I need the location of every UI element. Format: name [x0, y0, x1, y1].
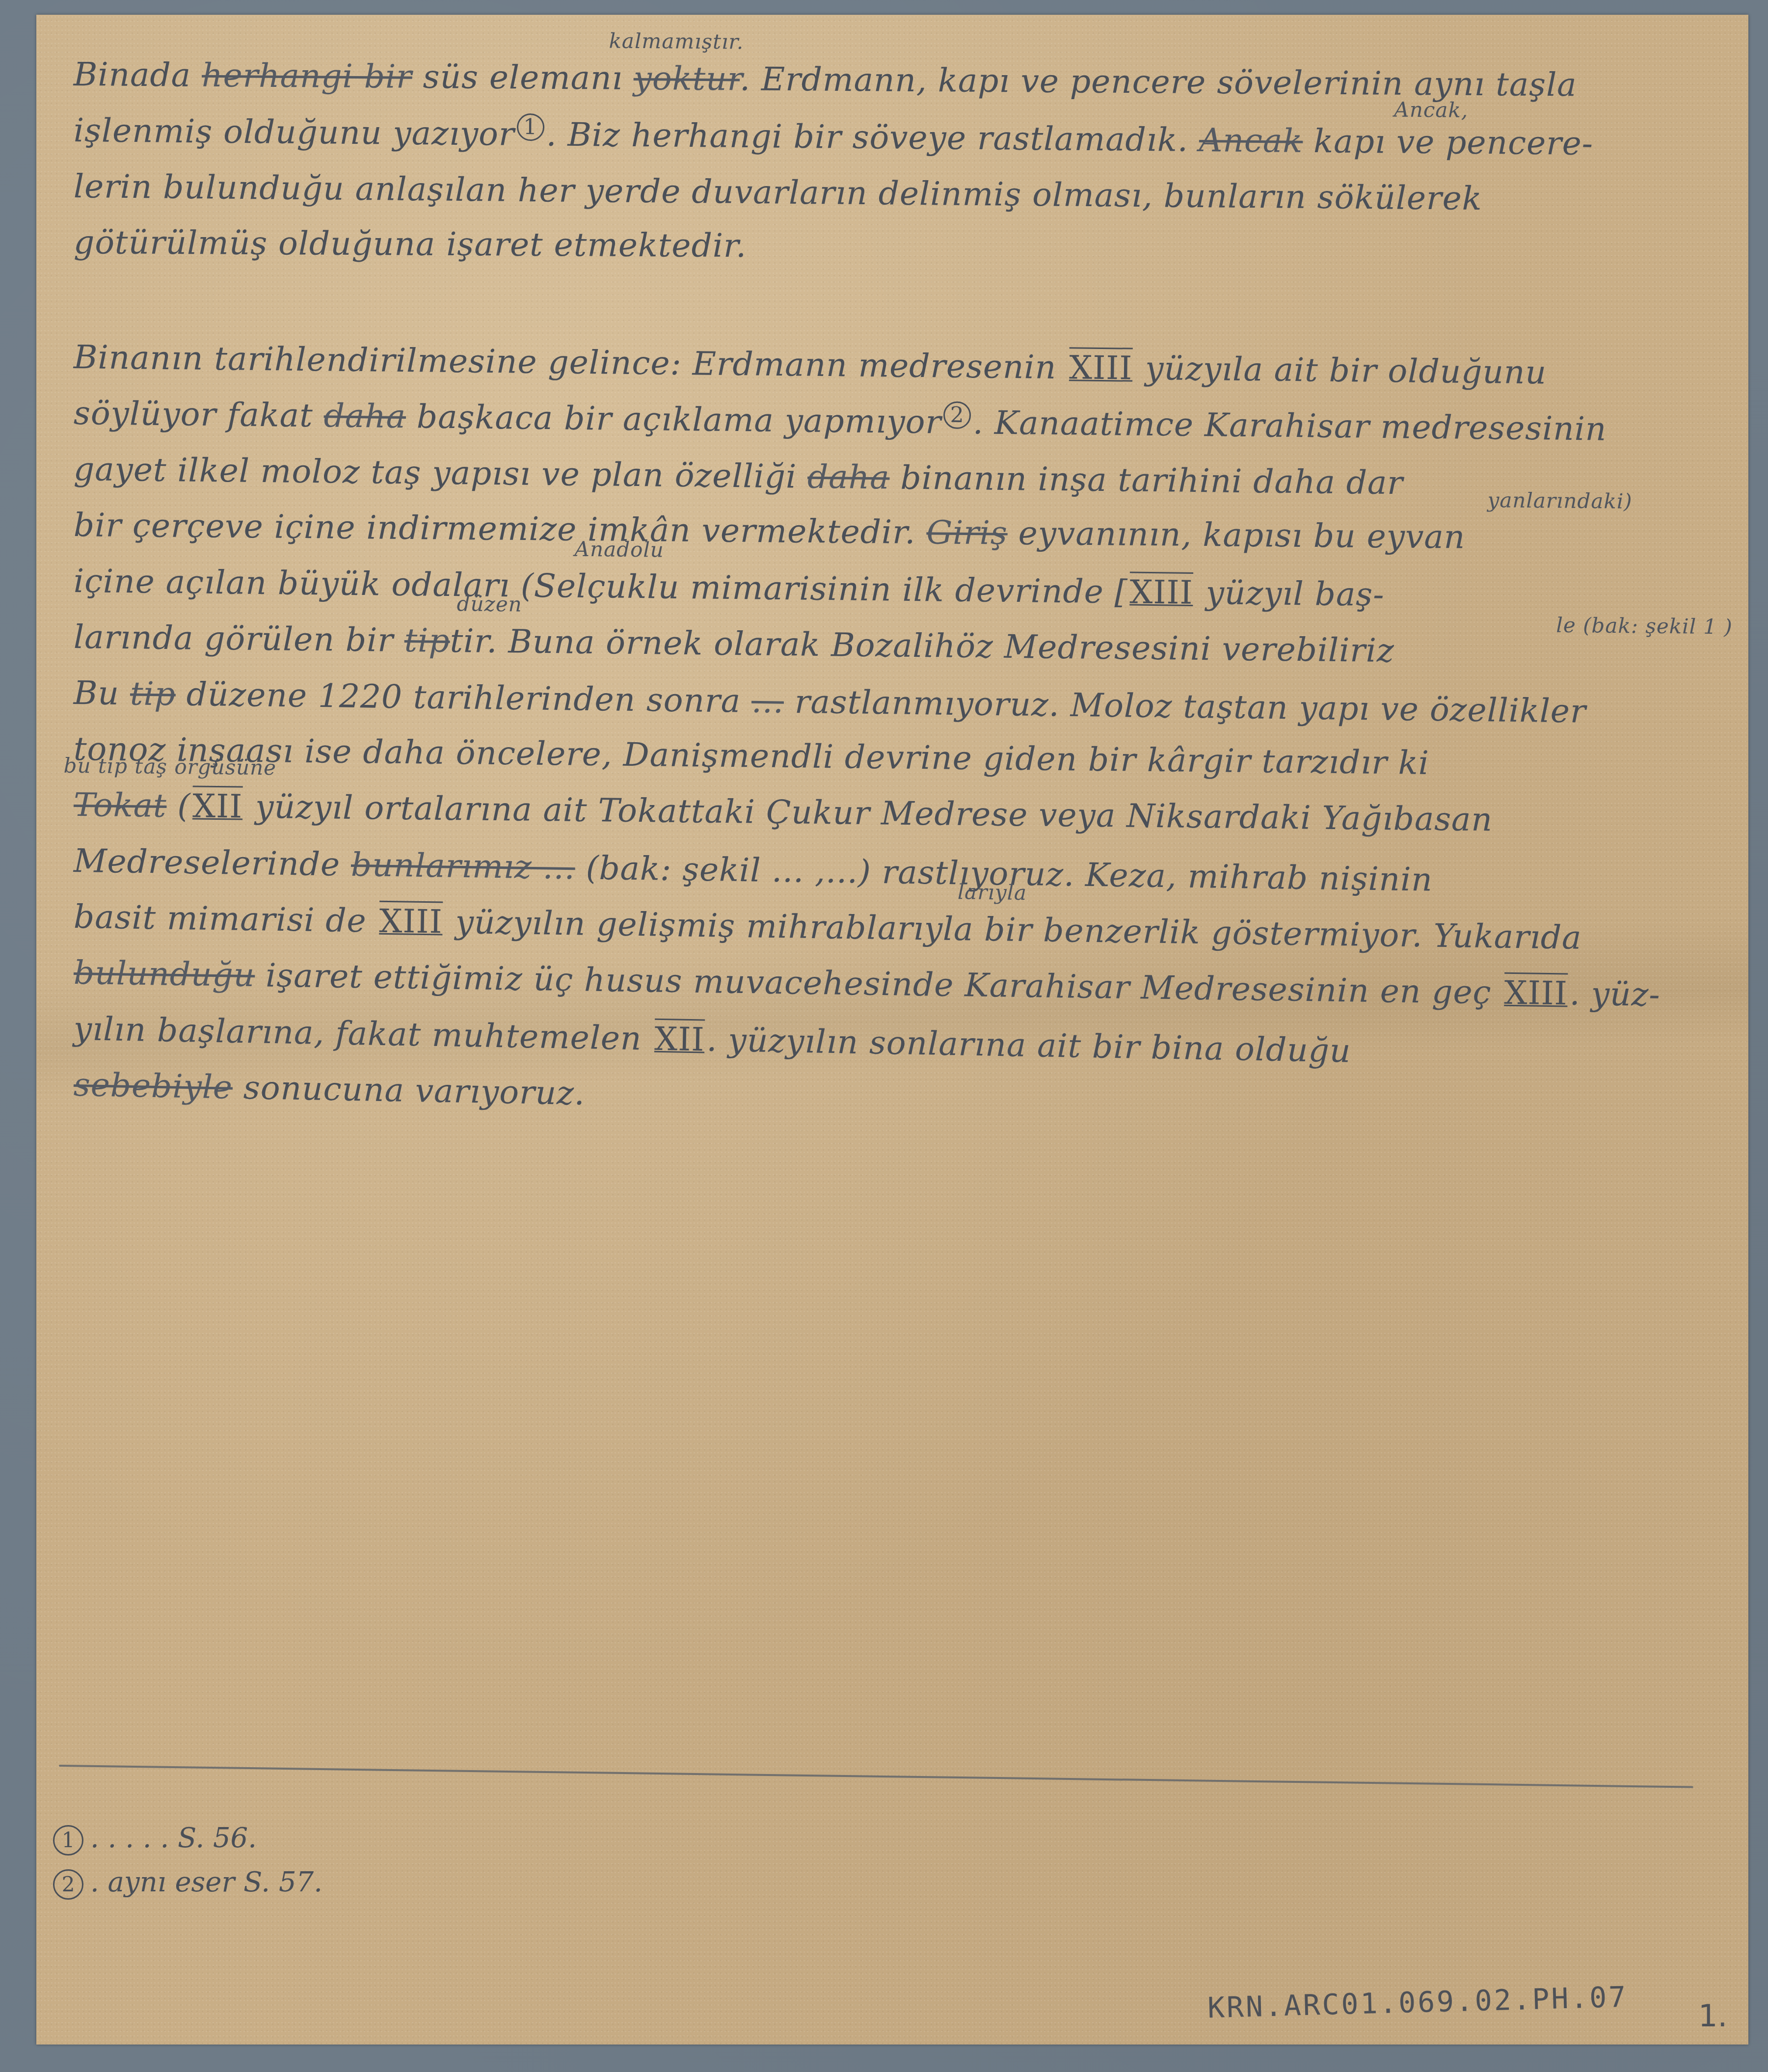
text-segment: götürülmüş olduğuna işaret etmektedir.	[74, 223, 747, 265]
interlinear-insertion: Ancak,	[1394, 99, 1468, 120]
roman-numeral-century: XIII	[1067, 349, 1135, 387]
interlinear-insertion: Anadolu	[575, 539, 665, 561]
text-segment: yüzyıla ait bir olduğunu	[1134, 350, 1547, 392]
text-segment: yüzyıl baş-	[1195, 574, 1385, 614]
text-segment: tir. Buna örnek olarak Bozalihöz Medrese…	[450, 622, 1394, 670]
struck-text: bunlarımız ...	[350, 846, 575, 887]
text-segment: lerin bulunduğu anlaşılan her yerde duva…	[74, 167, 1482, 217]
text-segment: eyvanının, kapısı bu eyvan	[1007, 514, 1465, 556]
interlinear-insertion: yanlarındaki)	[1487, 490, 1632, 512]
roman-numeral-century: XII	[652, 1020, 707, 1059]
footnotes: 1. . . . . S. 56. 2. aynı eser S. 57.	[53, 1816, 322, 1905]
text-segment: larında görülen bir	[74, 618, 405, 659]
interlinear-insertion: bu tip taş örgüsüne	[63, 755, 276, 779]
text-segment: bir çerçeve içine indirmemize imkân verm…	[74, 506, 927, 551]
text-segment: kapı ve pencere-	[1303, 122, 1593, 162]
manuscript-body: Binada herhangi bir süs elemanı yoktur. …	[74, 47, 1669, 1113]
text-segment: işlenmiş olduğunu yazıyor	[74, 111, 515, 153]
text-segment: süs elemanı	[412, 58, 633, 97]
manuscript-line-4: götürülmüş olduğuna işaret etmektedir.	[74, 215, 1669, 279]
text-segment: söylüyor fakat	[74, 394, 324, 434]
interlinear-insertion: kalmamıştır.	[609, 31, 744, 53]
text-segment: Binada	[74, 55, 202, 94]
roman-numeral-century: XIII	[1127, 573, 1195, 611]
footnote-text: . . . . . S. 56.	[90, 1822, 257, 1854]
text-segment: düzene 1220 tarihlerinden sonra	[175, 675, 751, 720]
footnote-text: . aynı eser S. 57.	[90, 1866, 322, 1898]
struck-text: yoktur	[633, 59, 740, 98]
text-segment: (	[166, 787, 191, 825]
struck-text: Tokat	[74, 786, 167, 825]
footnote-2: 2. aynı eser S. 57.	[53, 1860, 322, 1905]
roman-numeral-century: XII	[190, 787, 245, 825]
struck-text: daha	[807, 458, 890, 497]
interlinear-insertion: larıyla	[958, 882, 1027, 903]
text-segment: tonoz inşaası ise daha öncelere, Danişme…	[74, 730, 1430, 782]
footnote-number: 1	[53, 1825, 83, 1856]
struck-text: daha	[323, 397, 406, 435]
struck-text: herhangi bir	[202, 56, 412, 96]
text-segment: . Kanaatimce Karahisar medresesinin	[973, 404, 1607, 448]
text-segment: işaret ettiğimiz üç husus muvacehesinde …	[255, 956, 1502, 1011]
roman-numeral-century: XIII	[1502, 974, 1570, 1013]
text-segment: . yüz-	[1569, 975, 1661, 1014]
text-segment: binanın inşa tarihini daha dar	[889, 458, 1403, 502]
struck-text: tip	[130, 674, 176, 713]
footnote-marker: 1	[516, 113, 544, 141]
text-segment: içine açılan büyük odaları (Selçuklu mim…	[74, 562, 1128, 611]
text-segment: Binanın tarihlendirilmesine gelince: Erd…	[74, 338, 1068, 386]
text-segment: yüzyıl ortalarına ait Tokattaki Çukur Me…	[244, 788, 1493, 839]
struck-text: sebebiyle	[73, 1066, 233, 1106]
footnote-marker: 2	[943, 402, 971, 430]
text-segment: . yüzyılın sonlarına ait bir bina olduğu	[706, 1021, 1351, 1070]
footnote-1: 1. . . . . S. 56.	[53, 1816, 322, 1860]
struck-text: bulunduğu	[73, 954, 255, 994]
text-segment: başkaca bir açıklama yapmıyor	[406, 398, 942, 441]
text-segment: sonucuna varıyoruz.	[232, 1069, 585, 1113]
text-segment: yılın başlarına, fakat muhtemelen	[73, 1010, 653, 1058]
text-segment: basit mimarisi de	[73, 898, 377, 940]
margin-annotation: le (bak: şekil 1 )	[1556, 615, 1733, 638]
text-segment: . Biz herhangi bir söveye rastlamadık.	[546, 115, 1199, 159]
paragraph-break	[74, 270, 1669, 329]
struck-text: tip	[404, 621, 450, 660]
struck-text: Giriş	[926, 513, 1008, 552]
struck-text: Ancak	[1199, 121, 1303, 160]
footnote-number: 2	[53, 1869, 83, 1900]
text-segment: . Erdmann, kapı ve pencere sövelerinin a…	[740, 60, 1577, 104]
text-segment: rastlanmıyoruz. Moloz taştan yapı ve öze…	[783, 683, 1586, 730]
text-segment: yüzyılın gelişmiş mihrablarıyla bir benz…	[444, 903, 1582, 957]
text-segment: Medreselerinde	[73, 842, 351, 884]
roman-numeral-century: XIII	[377, 902, 445, 941]
text-segment: gayet ilkel moloz taş yapısı ve plan öze…	[74, 450, 808, 496]
struck-text: ...	[751, 682, 784, 721]
interlinear-insertion: düzen	[457, 593, 522, 615]
page-number: 1.	[1698, 1998, 1727, 2034]
text-segment: Bu	[74, 674, 131, 712]
